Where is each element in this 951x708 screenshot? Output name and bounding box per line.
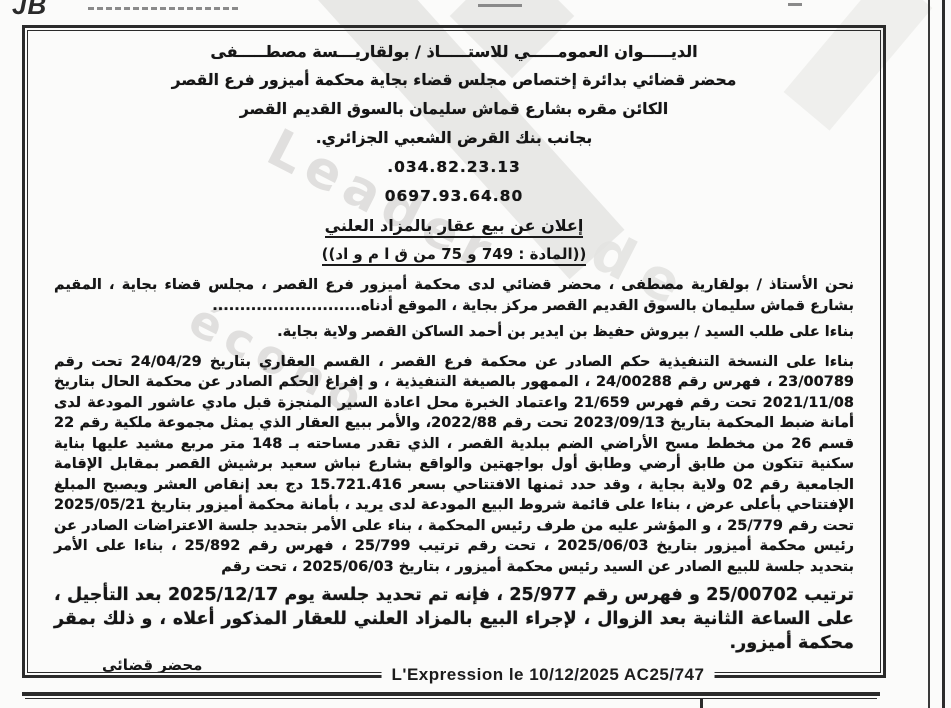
notice-title: إعلان عن بيع عقار بالمزاد العلني bbox=[54, 211, 854, 240]
notice-content: الديـــــوان العمومـــــي للاستـــــاذ /… bbox=[27, 30, 881, 673]
article-reference-text: ((المادة : 749 و 75 من ق ا م و اد)) bbox=[322, 245, 587, 266]
scan-artifact-dash bbox=[788, 3, 802, 6]
paragraph-judgment-details: بناءا على النسخة التنفيذية حكم الصادر عن… bbox=[54, 352, 854, 578]
next-notice-frame-inner-line bbox=[25, 698, 877, 708]
publication-footer: L'Expression le 10/12/2025 AC25/747 bbox=[382, 665, 715, 685]
scanned-newspaper-page: Leader écono de JB الديـــــوان العمومــ… bbox=[0, 0, 951, 708]
phone-number-1: .034.82.23.13 bbox=[54, 153, 854, 182]
next-notice-frame-tick bbox=[700, 698, 703, 708]
notice-title-text: إعلان عن بيع عقار بالمزاد العلني bbox=[325, 216, 584, 238]
paragraph-request: بناءا على طلب السيد / بيروش حفيظ بن ايدي… bbox=[54, 322, 854, 343]
paragraph-session-date: ترتيب 25/00702 و فهرس رقم 25/977 ، فإنه … bbox=[54, 583, 854, 655]
next-notice-frame-partial bbox=[22, 692, 880, 708]
notice-frame: الديـــــوان العمومـــــي للاستـــــاذ /… bbox=[22, 25, 886, 678]
paragraph-notary-intro: نحن الأستاذ / بولقارية مصطفى ، محضر قضائ… bbox=[54, 275, 854, 316]
corner-mark: JB bbox=[12, 0, 47, 21]
bailiff-jurisdiction-line: محضر قضائي بدائرة إختصاص مجلس قضاء بجاية… bbox=[54, 66, 854, 95]
office-title-line: الديـــــوان العمومـــــي للاستـــــاذ /… bbox=[54, 37, 854, 66]
column-divider-line bbox=[928, 0, 945, 708]
office-address-line: الكائن مقره بشارع قماش سليمان بالسوق الق… bbox=[54, 95, 854, 124]
scan-artifact-dash bbox=[478, 4, 522, 7]
article-reference: ((المادة : 749 و 75 من ق ا م و اد)) bbox=[54, 240, 854, 269]
phone-number-2: 0697.93.64.80 bbox=[54, 182, 854, 211]
scan-artifact-dash bbox=[88, 7, 238, 10]
office-landmark-line: بجانب بنك القرض الشعبي الجزائري. bbox=[54, 124, 854, 153]
